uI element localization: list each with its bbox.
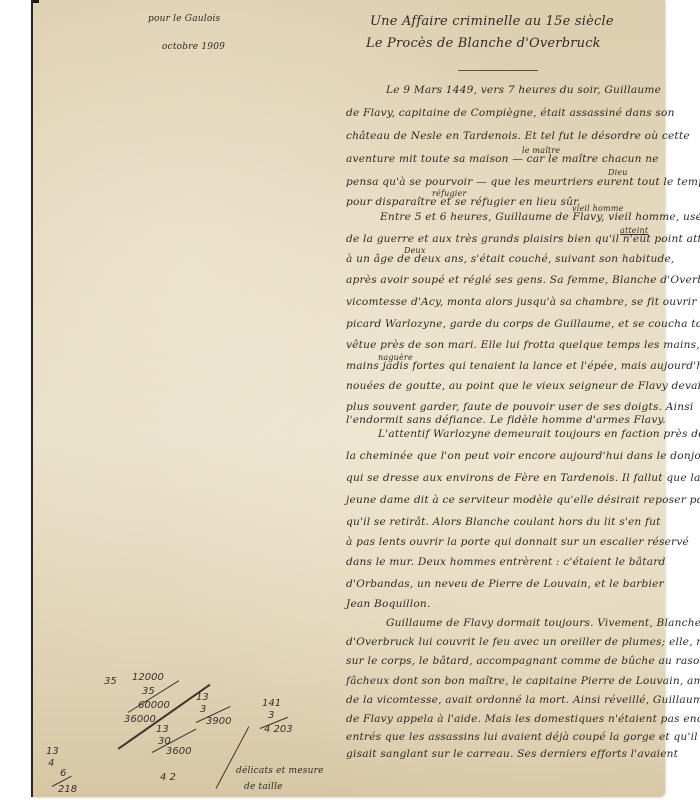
margin-note-line-2: de taille xyxy=(244,782,283,792)
calc-12000: 12000 xyxy=(132,672,164,683)
body-line-2: de Flavy, capitaine de Compiègne, était … xyxy=(346,107,675,119)
interlinear-note-maitre: le maître xyxy=(522,146,560,155)
body-line-27: Guillaume de Flavy dormait toujours. Viv… xyxy=(386,617,700,629)
body-line-16: plus souvent garder, faute de pouvoir us… xyxy=(346,401,693,413)
body-line-25: d'Orbandas, un neveu de Pierre de Louvai… xyxy=(346,578,664,590)
body-line-1: Le 9 Mars 1449, vers 7 heures du soir, G… xyxy=(386,84,661,96)
body-line-28: d'Overbruck lui couvrit le feu avec un o… xyxy=(346,636,700,648)
interlinear-note-vieil-homme: vieil homme xyxy=(572,204,624,213)
interlinear-note-refugier: réfugier xyxy=(432,189,467,198)
body-line-30: fâcheux dont son bon maître, le capitain… xyxy=(346,675,700,687)
body-line-31: de la vicomtesse, avait ordonné la mort.… xyxy=(346,694,700,706)
body-line-13: vêtue près de son mari. Elle lui frotta … xyxy=(346,339,700,351)
calc-3: 3 xyxy=(200,704,206,715)
calc-3c: 3 xyxy=(268,710,274,721)
calc-60000: 60000 xyxy=(138,700,170,711)
body-line-10: après avoir soupé et réglé ses gens. Sa … xyxy=(346,274,700,286)
calc-corner-218: 218 xyxy=(58,784,77,795)
body-line-17: l'endormit sans défiance. Le fidèle homm… xyxy=(346,414,666,426)
body-line-15: nouées de goutte, au point que le vieux … xyxy=(346,380,700,392)
body-line-29: sur le corps, le bâtard, accompagnant co… xyxy=(346,655,700,667)
body-line-11: vicomtesse d'Acy, monta alors jusqu'à sa… xyxy=(346,296,700,308)
interlinear-note-dieu: Dieu xyxy=(608,168,628,177)
body-line-4: aventure mit toute sa maison — car le ma… xyxy=(346,153,659,165)
body-line-19: la cheminée que l'on peut voir encore au… xyxy=(346,450,700,462)
calc-3600: 3600 xyxy=(166,746,191,757)
title-line-1: Une Affaire criminelle au 15e siècle xyxy=(370,14,614,29)
calc-141: 141 xyxy=(262,698,281,709)
calc-13b: 13 xyxy=(196,692,209,703)
body-line-18: L'attentif Warlozyne demeurait toujours … xyxy=(378,428,700,440)
body-line-32: de Flavy appela à l'aide. Mais les domes… xyxy=(346,713,700,725)
body-line-3: château de Nesle en Tardenois. Et tel fu… xyxy=(346,130,690,142)
interlinear-note-deux: Deux xyxy=(404,246,426,255)
interlinear-note-naguere: naguère xyxy=(378,353,413,362)
body-line-34: gisait sanglant sur le carreau. Ses dern… xyxy=(346,748,678,760)
calc-13: 13 xyxy=(156,724,169,735)
body-line-24: dans le mur. Deux hommes entrèrent : c'é… xyxy=(346,556,665,568)
calc-3900: 3900 xyxy=(206,716,231,727)
scan-corner-mark xyxy=(33,0,39,3)
body-line-12: picard Warlozyne, garde du corps de Guil… xyxy=(346,318,700,330)
title-divider xyxy=(458,70,538,71)
body-line-22: qu'il se retirât. Alors Blanche coulant … xyxy=(346,516,661,528)
header-note-date: octobre 1909 xyxy=(162,42,225,52)
body-line-23: à pas lents ouvrir la porte qui donnait … xyxy=(346,536,689,548)
body-line-21: jeune dame dit à ce serviteur modèle qu'… xyxy=(346,494,700,506)
body-line-9: à un âge de deux ans, s'était couché, su… xyxy=(346,253,674,265)
body-line-7: Entre 5 et 6 heures, Guillaume de Flavy,… xyxy=(380,211,700,223)
header-note-publication: pour le Gaulois xyxy=(148,14,220,24)
calc-42: 4 2 xyxy=(160,772,176,783)
body-line-20: qui se dresse aux environs de Fère en Ta… xyxy=(346,472,700,484)
body-line-33: entrés que les assassins lui avaient déj… xyxy=(346,731,698,743)
interlinear-note-atteint: atteint xyxy=(620,226,648,235)
calc-corner-4: 4 xyxy=(48,758,54,769)
body-line-5: pensa qu'à se pourvoir — que les meurtri… xyxy=(346,176,700,188)
calc-4203: 4 203 xyxy=(264,724,293,735)
margin-note-line-1: délicats et mesure xyxy=(236,766,324,776)
calc-35: 35 xyxy=(104,676,117,687)
title-line-2: Le Procès de Blanche d'Overbruck xyxy=(366,36,601,51)
calc-corner-13: 13 xyxy=(46,746,59,757)
body-line-26: Jean Boquillon. xyxy=(346,598,431,610)
